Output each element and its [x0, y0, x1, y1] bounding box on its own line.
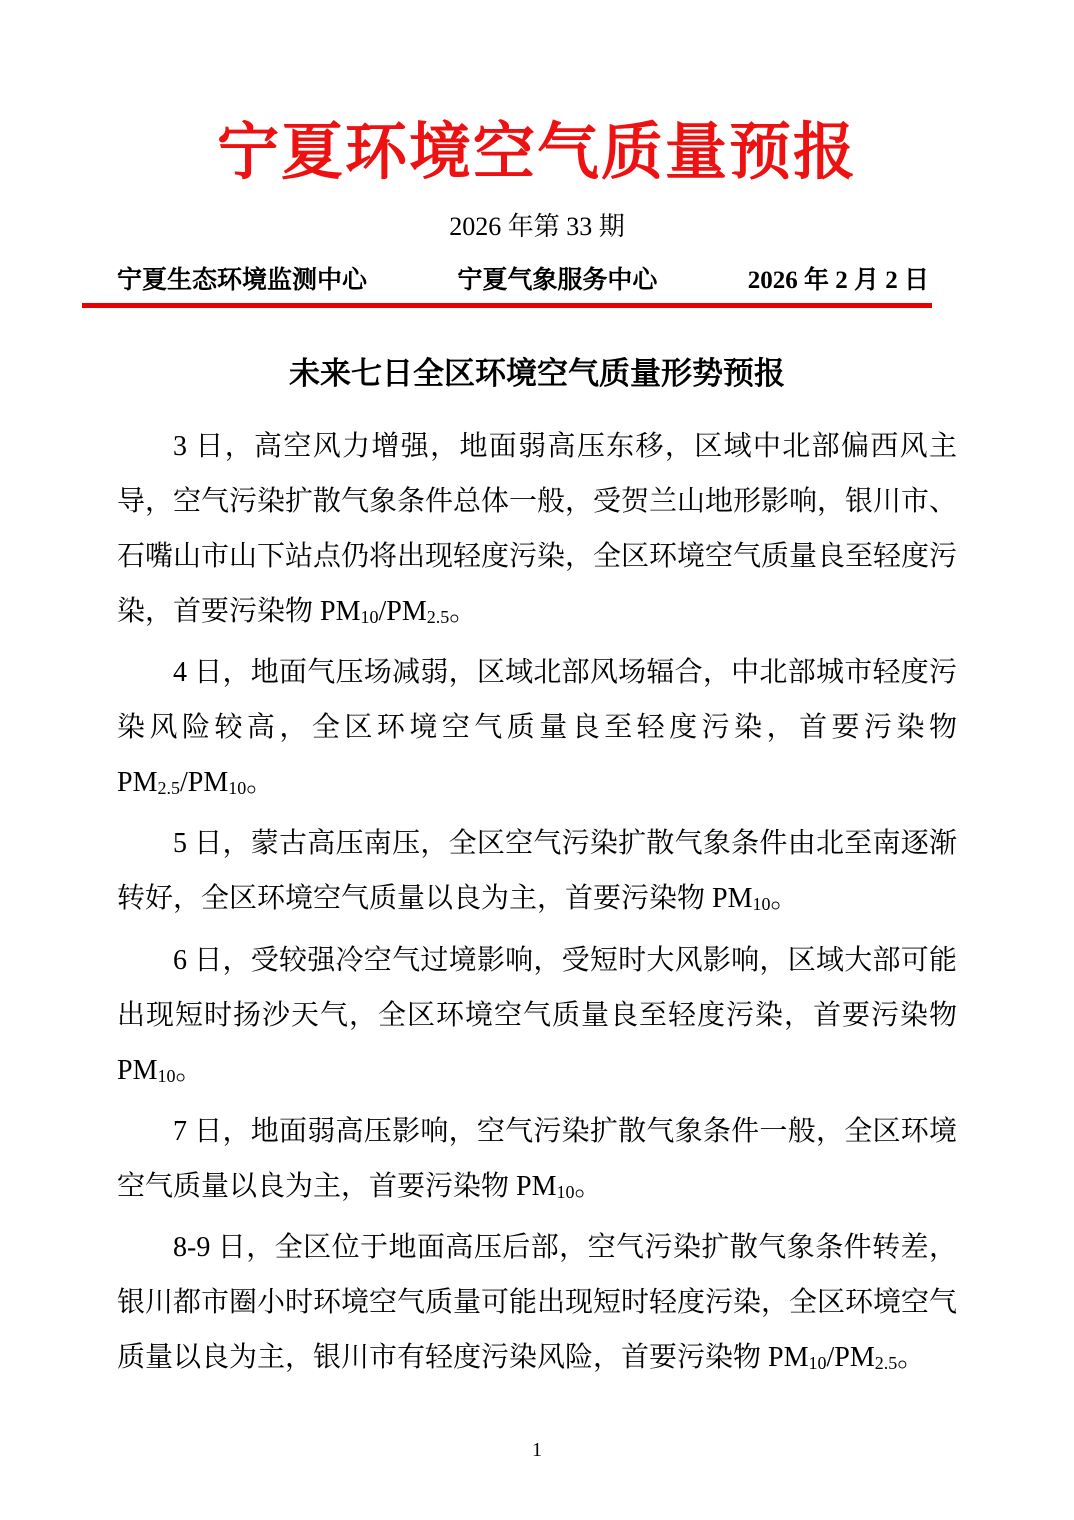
paragraph-text: 。 [175, 1055, 203, 1086]
org-meteorological-center: 宁夏气象服务中心 [457, 266, 657, 296]
paragraph-text: /PM [378, 596, 426, 627]
pollutant-subscript: 2.5 [157, 778, 180, 798]
paragraph-text: 6 日，受较强冷空气过境影响，受短时大风影响，区域大部可能出现短时扬沙天气，全区… [117, 945, 957, 1086]
paragraph-text: 。 [246, 767, 274, 798]
paragraph-text: 。 [770, 883, 798, 914]
paragraph-text: 7 日，地面弱高压影响，空气污染扩散气象条件一般，全区环境空气质量以良为主，首要… [117, 1116, 957, 1202]
paragraph-text: /PM [180, 767, 228, 798]
pollutant-subscript: 10 [228, 778, 246, 798]
issue-date: 2026 年 2 月 2 日 [748, 266, 929, 296]
pollutant-subscript: 10 [157, 1066, 175, 1086]
paragraph: 7 日，地面弱高压影响，空气污染扩散气象条件一般，全区环境空气质量以良为主，首要… [117, 1104, 957, 1220]
page-number: 1 [0, 1438, 1074, 1462]
pollutant-subscript: 10 [752, 895, 770, 915]
pollutant-subscript: 10 [360, 607, 378, 627]
masthead-orgs-row: 宁夏生态环境监测中心 宁夏气象服务中心 2026 年 2 月 2 日 [117, 266, 929, 296]
paragraph-text: /PM [826, 1342, 874, 1373]
paragraph: 3 日，高空风力增强，地面弱高压东移，区域中北部偏西风主导，空气污染扩散气象条件… [117, 419, 957, 645]
pollutant-subscript: 2.5 [427, 607, 450, 627]
paragraph: 4 日，地面气压场减弱，区域北部风场辐合，中北部城市轻度污染风险较高，全区环境空… [117, 645, 957, 816]
org-monitoring-center: 宁夏生态环境监测中心 [117, 266, 367, 296]
pollutant-subscript: 10 [556, 1182, 574, 1202]
masthead-divider-rule [82, 303, 932, 308]
pollutant-subscript: 2.5 [875, 1353, 898, 1373]
paragraph: 5 日，蒙古高压南压，全区空气污染扩散气象条件由北至南逐渐转好，全区环境空气质量… [117, 816, 957, 932]
paragraph-text: 。 [897, 1342, 925, 1373]
issue-number: 2026 年第 33 期 [0, 212, 1074, 242]
paragraph-text: 。 [449, 596, 477, 627]
paragraph-text: 。 [574, 1171, 602, 1202]
paragraph: 6 日，受较强冷空气过境影响，受短时大风影响，区域大部可能出现短时扬沙天气，全区… [117, 933, 957, 1104]
paragraph: 8-9 日，全区位于地面高压后部，空气污染扩散气象条件转差，银川都市圈小时环境空… [117, 1220, 957, 1391]
document-page: 宁夏环境空气质量预报 2026 年第 33 期 宁夏生态环境监测中心 宁夏气象服… [0, 0, 1074, 1520]
pollutant-subscript: 10 [808, 1353, 826, 1373]
document-title: 宁夏环境空气质量预报 [0, 116, 1074, 190]
paragraph-text: 5 日，蒙古高压南压，全区空气污染扩散气象条件由北至南逐渐转好，全区环境空气质量… [117, 828, 957, 914]
section-title: 未来七日全区环境空气质量形势预报 [0, 354, 1074, 394]
body-paragraphs: 3 日，高空风力增强，地面弱高压东移，区域中北部偏西风主导，空气污染扩散气象条件… [117, 419, 957, 1391]
paragraph-text: 3 日，高空风力增强，地面弱高压东移，区域中北部偏西风主导，空气污染扩散气象条件… [117, 431, 957, 627]
